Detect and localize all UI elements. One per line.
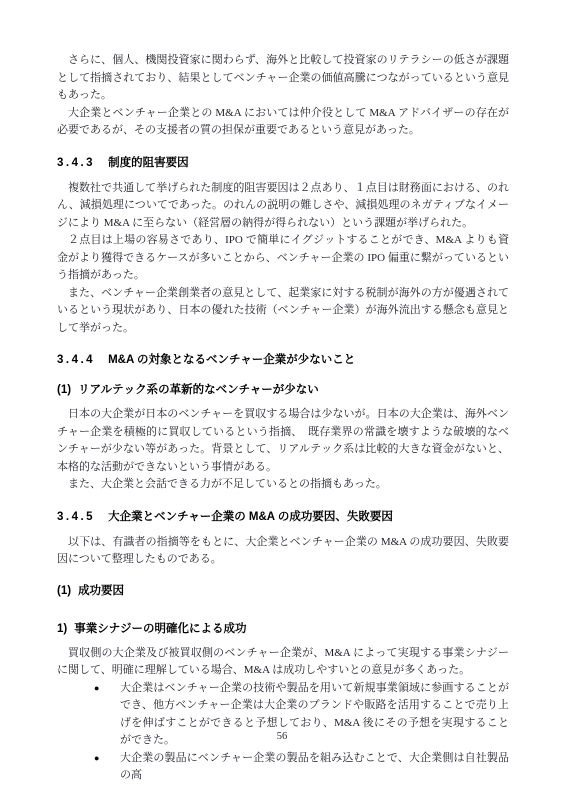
page-content: さらに、個人、機関投資家に関わらず、海外と比較して投資家のリテラシーの低さが課題…: [57, 52, 509, 785]
section-heading-3-4-3: 3.4.3制度的阻害要因: [57, 155, 509, 171]
section-number: 3.4.3: [57, 157, 95, 169]
subsection-label: (1): [57, 384, 71, 396]
section-number: 3.4.5: [57, 511, 95, 523]
paragraph: ２点目は上場の容易さであり、IPO で簡単にイグジットすることができ、M&A よ…: [57, 232, 509, 285]
section-heading-3-4-5: 3.4.5大企業とベンチャー企業の M&A の成功要因、失敗要因: [57, 509, 509, 525]
subsubsection-title: 事業シナジーの明確化による成功: [74, 623, 246, 635]
paragraph: 複数社で共通して挙げられた制度的阻害要因は２点あり、１点目は財務面における、のれ…: [57, 180, 509, 233]
subsection-heading: (1)成功要因: [57, 583, 509, 599]
section-title: M&A の対象となるベンチャー企業が少ないこと: [108, 354, 355, 366]
subsection-title: 成功要因: [78, 585, 124, 597]
document-page: さらに、個人、機関投資家に関わらず、海外と比較して投資家のリテラシーの低さが課題…: [0, 0, 564, 800]
subsubsection-heading: 1)事業シナジーの明確化による成功: [57, 621, 509, 637]
bullet-text: 大企業の製品にベンチャー企業の製品を組み込むことで、大企業側は自社製品の高: [120, 752, 509, 782]
bullet-item: ●大企業の製品にベンチャー企業の製品を組み込むことで、大企業側は自社製品の高: [57, 750, 509, 785]
section-number: 3.4.4: [57, 354, 95, 366]
bullet-icon: ●: [94, 750, 99, 768]
section-heading-3-4-4: 3.4.4M&A の対象となるベンチャー企業が少ないこと: [57, 352, 509, 368]
subsection-label: (1): [57, 585, 71, 597]
paragraph: また、ベンチャー企業創業者の意見として、起業家に対する税制が海外の方が優遇されて…: [57, 285, 509, 338]
paragraph: 日本の大企業が日本のベンチャーを買収する場合は少ないが。日本の大企業は、海外ベン…: [57, 406, 509, 476]
paragraph: 買収側の大企業及び被買収側のベンチャー企業が、M&A によって実現する事業シナジ…: [57, 645, 509, 680]
bullet-icon: ●: [94, 680, 99, 698]
subsection-heading: (1)リアルテック系の革新的なベンチャーが少ない: [57, 382, 509, 398]
paragraph: また、大企業と会話できる力が不足しているとの指摘もあった。: [57, 476, 509, 494]
subsubsection-label: 1): [57, 623, 67, 635]
section-title: 制度的阻害要因: [108, 157, 189, 169]
subsection-title: リアルテック系の革新的なベンチャーが少ない: [78, 384, 319, 396]
section-title: 大企業とベンチャー企業の M&A の成功要因、失敗要因: [108, 511, 393, 523]
page-number: 56: [0, 731, 564, 742]
paragraph: 大企業とベンチャー企業との M&A においては仲介役として M&A アドバイザー…: [57, 105, 509, 140]
paragraph: さらに、個人、機関投資家に関わらず、海外と比較して投資家のリテラシーの低さが課題…: [57, 52, 509, 105]
paragraph: 以下は、有識者の指摘等をもとに、大企業とベンチャー企業の M&A の成功要因、失…: [57, 534, 509, 569]
